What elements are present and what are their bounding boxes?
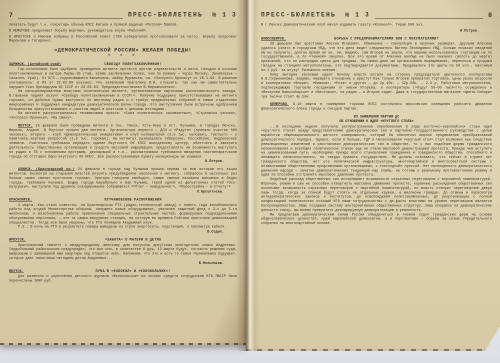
article-body: АЧИНСК. (Красноярский кр.) 24 февраля в … — [9, 168, 237, 190]
article-title: ПУМА В «КОЛОКОЛ» И «КОЛОКОЛЬЧИК»! — [9, 269, 237, 273]
article: ЯКУТСК. ПУМА В «КОЛОКОЛ» И «КОЛОКОЛЬЧИК»… — [9, 269, 237, 283]
masthead-title: ПРЕСС-БЮЛЛЕТЕНЬ № 1 3 — [128, 12, 237, 19]
left-lead: печатать будут т.н. секретарь обкома КПС… — [9, 23, 237, 44]
lead-paragraph: В КЕМЕРОВЕ продолжает борьбу Бергман, ру… — [9, 29, 237, 33]
left-masthead: 7 ПРЕСС-БЮЛЛЕТЕНЬ № 1 3 — [9, 12, 237, 19]
article: ЯКУТСК. 25 февраля были проведены митинг… — [9, 124, 237, 164]
signature: И.Петров. — [261, 29, 492, 33]
scanned-bulletin-spread: 7 ПРЕСС-БЮЛЛЕТЕНЬ № 1 3 печатать будут т… — [0, 0, 500, 363]
article-body: 28 февраля был арестован Алехин Игоревич… — [261, 42, 492, 73]
lead-paragraph: В г.Ленске Демократический клуб начал из… — [261, 23, 492, 27]
statement-article: ИЗ ЗАЯВЛЕНИЯ ПАРТИИ ДС ОБ ОТНОШЕНИИ К ИД… — [261, 115, 492, 226]
article-title: БОРЬБА С ПРЕДПРИНИМАТЕЛЯМИ ИЛИ С ПОКУПАТ… — [261, 37, 492, 41]
article: ЗАРИНСК. (Алтайский край) СВОБОДУ ПОЛИТЗ… — [9, 62, 237, 120]
left-page-content: 7 ПРЕСС-БЮЛЛЕТЕНЬ № 1 3 печатать будут т… — [9, 12, 237, 283]
article-dateline: ИРКУТСК. — [9, 238, 26, 242]
right-masthead: ПРЕСС-БЮЛЛЕТЕНЬ № 1 3 8 — [261, 12, 492, 19]
article-body: ЯКУТСК. 25 февраля были проведены митинг… — [9, 124, 237, 159]
article-body: 9 марта. Как стало известно, на Краснояр… — [9, 203, 237, 225]
article: АЧИНСК. (Красноярский кр.) 24 февраля в … — [9, 168, 237, 195]
signature: В.Петров. — [9, 160, 237, 164]
article-title: ПУТЧИНОВСКИЕ РАСПОРЯЖЕНИЯ — [9, 198, 237, 202]
lead-paragraph: В ИРКУТСКЕ и Нижнем избраны в Российский… — [9, 35, 237, 44]
article-title: «ЗАБОТА» О МАТЕРИ И ДЕТЯХ — [9, 238, 237, 242]
masthead-rule — [375, 13, 483, 19]
article-body: Гор-исполкомом было одобрено проведение … — [9, 68, 237, 90]
article-body: Кому выгодна засохшая идея? Почему власт… — [261, 73, 492, 99]
statement-body: Мы предлагаем демократическим силам Росс… — [261, 213, 492, 226]
statement-subtitle: ОБ ОТНОШЕНИИ К ИДЕЕ «КРУГЛОГО СТОЛА» — [261, 119, 492, 123]
right-page-content: ПРЕСС-БЮЛЛЕТЕНЬ № 1 3 8 В г.Ленске Демок… — [261, 12, 492, 226]
right-page-number: 8 — [488, 12, 492, 19]
masthead-rule — [18, 13, 123, 19]
lead-paragraph: печатать будут т.н. секретарь обкома КПС… — [9, 23, 237, 27]
article-body: Оригинальный «вычет» к международному же… — [9, 243, 237, 261]
stars-separator: * * * — [9, 55, 237, 59]
headline: «ДЕМОКРАТИЧЕСКОЙ РОССИИ» ЖЕЛАЕМ ПОБЕДЫ! — [9, 48, 237, 54]
article: КРАСНОЯРСК. ПУТЧИНОВСКИЕ РАСПОРЯЖЕНИЯ 9 … — [9, 198, 237, 235]
masthead-title: ПРЕСС-БЮЛЛЕТЕНЬ № 1 3 — [261, 12, 370, 19]
statement-body: Подобный расклад общественных сил исчерп… — [261, 178, 492, 213]
article-body: КЕМЕРОВО. 9-10 марта в помещении горкома… — [261, 103, 492, 112]
article-dateline: ЗАРИНСК. (Алтайский край) — [9, 62, 61, 66]
left-page-number: 7 — [9, 12, 13, 19]
article-dateline: ЯКУТСК. — [18, 124, 33, 128]
right-lead: В г.Ленске Демократический клуб начал из… — [261, 23, 492, 33]
article: КЕМЕРОВО. 9-10 марта в помещении горкома… — [261, 103, 492, 112]
article-body: На санкционированном властями политическ… — [9, 90, 237, 112]
statement-body: ...В последние недели получила распростр… — [261, 125, 492, 178]
signature: В.Седых. — [9, 230, 237, 234]
article-dateline: КРАСНОЯРСК. — [9, 198, 32, 202]
signature: В.Мельников. — [9, 261, 237, 265]
article-body: На митинге распространялась независимая … — [9, 112, 237, 121]
article-dateline: ЯКУТСК. — [9, 269, 24, 273]
article-dateline: АЧИНСК. (Красноярский кр.) — [18, 168, 75, 172]
article-body: Для развития и укрепления детского журна… — [9, 275, 237, 284]
article-postscript: Р.S.: В ночь на РТЗ в результате пожара … — [9, 225, 237, 229]
article: ИРКУТСК. «ЗАБОТА» О МАТЕРИ И ДЕТЯХ Ориги… — [9, 238, 237, 266]
article-dateline: НОВОСИБИРСК. — [261, 37, 286, 41]
signature: Л.Арсентьева. — [9, 190, 237, 194]
article: НОВОСИБИРСК. БОРЬБА С ПРЕДПРИНИМАТЕЛЯМИ … — [261, 37, 492, 99]
